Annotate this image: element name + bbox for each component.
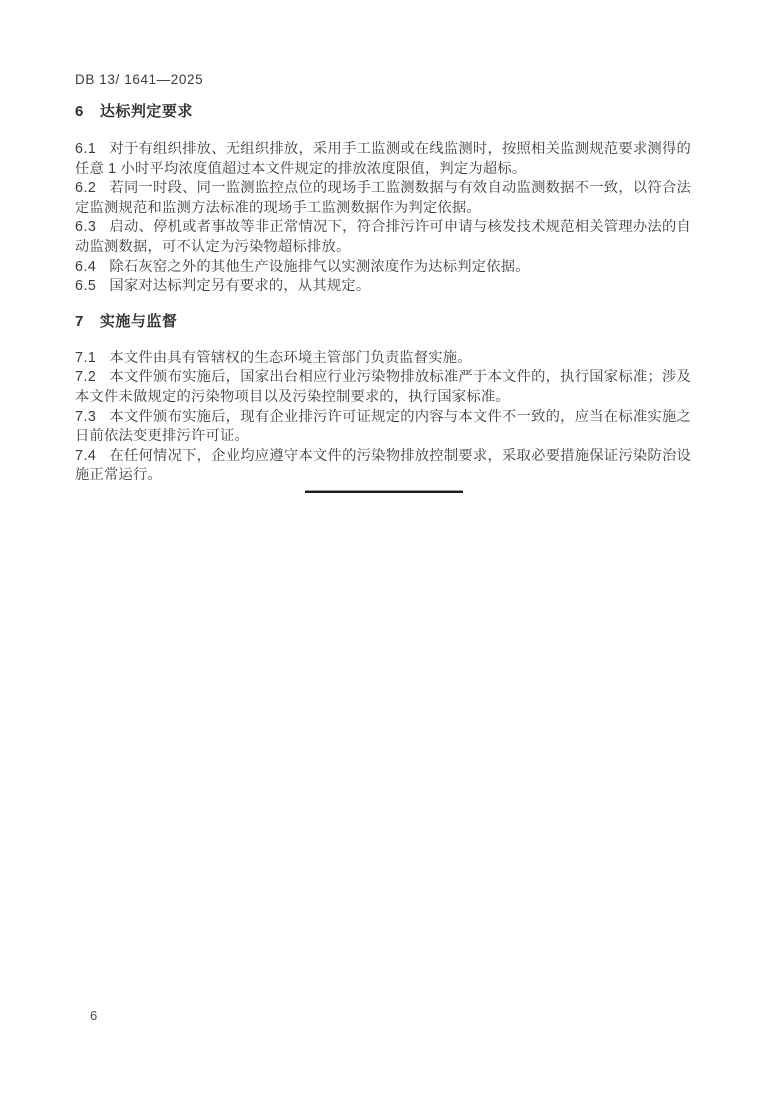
clause-6-4-number: 6.4	[75, 258, 96, 278]
clause-7-2: 7.2本文件颁布实施后，国家出台相应行业污染物排放标准严于本文件的，执行国家标准…	[75, 368, 691, 407]
clause-6-1: 6.1对于有组织排放、无组织排放，采用手工监测或在线监测时，按照相关监测规范要求…	[75, 140, 691, 179]
clause-6-5-text: 国家对达标判定另有要求的，从其规定。	[109, 278, 370, 294]
document-page: DB 13/ 1641—2025 6达标判定要求 6.1对于有组织排放、无组织排…	[0, 0, 766, 1095]
section-7-title: 实施与监督	[100, 313, 178, 330]
clause-6-3-text: 启动、停机或者事故等非正常情况下，符合排污许可申请与核发技术规范相关管理办法的自…	[75, 219, 691, 255]
clause-7-3-number: 7.3	[75, 408, 96, 428]
section-7-heading: 7实施与监督	[75, 310, 691, 331]
clause-6-4: 6.4除石灰窑之外的其他生产设施排气以实测浓度作为达标判定依据。	[75, 258, 691, 278]
section-6-number: 6	[75, 103, 84, 120]
page-number: 6	[90, 1008, 97, 1023]
clause-7-3: 7.3本文件颁布实施后，现有企业排污许可证规定的内容与本文件不一致的，应当在标准…	[75, 408, 691, 447]
clause-6-5: 6.5国家对达标判定另有要求的，从其规定。	[75, 277, 691, 297]
clause-6-2-text: 若同一时段、同一监测监控点位的现场手工监测数据与有效自动监测数据不一致，以符合法…	[75, 180, 691, 216]
document-number-header: DB 13/ 1641—2025	[75, 72, 691, 87]
clause-6-1-text: 对于有组织排放、无组织排放，采用手工监测或在线监测时，按照相关监测规范要求测得的…	[75, 141, 691, 177]
section-6-title: 达标判定要求	[100, 103, 193, 120]
clause-6-5-number: 6.5	[75, 277, 96, 297]
clause-6-3: 6.3启动、停机或者事故等非正常情况下，符合排污许可申请与核发技术规范相关管理办…	[75, 218, 691, 257]
clause-7-2-number: 7.2	[75, 368, 96, 388]
clause-6-4-text: 除石灰窑之外的其他生产设施排气以实测浓度作为达标判定依据。	[109, 259, 529, 275]
section-7-number: 7	[75, 313, 84, 330]
clause-6-2-number: 6.2	[75, 179, 96, 199]
clause-7-1-number: 7.1	[75, 349, 96, 369]
clause-7-4-text: 在任何情况下，企业均应遵守本文件的污染物排放控制要求，采取必要措施保证污染防治设…	[75, 448, 691, 484]
clause-7-1: 7.1本文件由具有管辖权的生态环境主管部门负责监督实施。	[75, 349, 691, 369]
clause-7-2-text: 本文件颁布实施后，国家出台相应行业污染物排放标准严于本文件的，执行国家标准；涉及…	[75, 369, 691, 405]
clause-7-1-text: 本文件由具有管辖权的生态环境主管部门负责监督实施。	[109, 350, 471, 366]
end-rule-thick-line	[305, 491, 463, 493]
end-of-text-rule	[305, 490, 463, 493]
clause-6-3-number: 6.3	[75, 218, 96, 238]
clause-7-4-number: 7.4	[75, 447, 96, 467]
clause-6-2: 6.2若同一时段、同一监测监控点位的现场手工监测数据与有效自动监测数据不一致，以…	[75, 179, 691, 218]
section-6-clauses: 6.1对于有组织排放、无组织排放，采用手工监测或在线监测时，按照相关监测规范要求…	[75, 140, 691, 297]
page-content: DB 13/ 1641—2025 6达标判定要求 6.1对于有组织排放、无组织排…	[75, 72, 691, 486]
clause-7-3-text: 本文件颁布实施后，现有企业排污许可证规定的内容与本文件不一致的，应当在标准实施之…	[75, 409, 691, 445]
section-7-clauses: 7.1本文件由具有管辖权的生态环境主管部门负责监督实施。 7.2本文件颁布实施后…	[75, 349, 691, 486]
section-6-heading: 6达标判定要求	[75, 100, 691, 121]
clause-6-1-number: 6.1	[75, 140, 96, 160]
clause-7-4: 7.4在任何情况下，企业均应遵守本文件的污染物排放控制要求，采取必要措施保证污染…	[75, 447, 691, 486]
